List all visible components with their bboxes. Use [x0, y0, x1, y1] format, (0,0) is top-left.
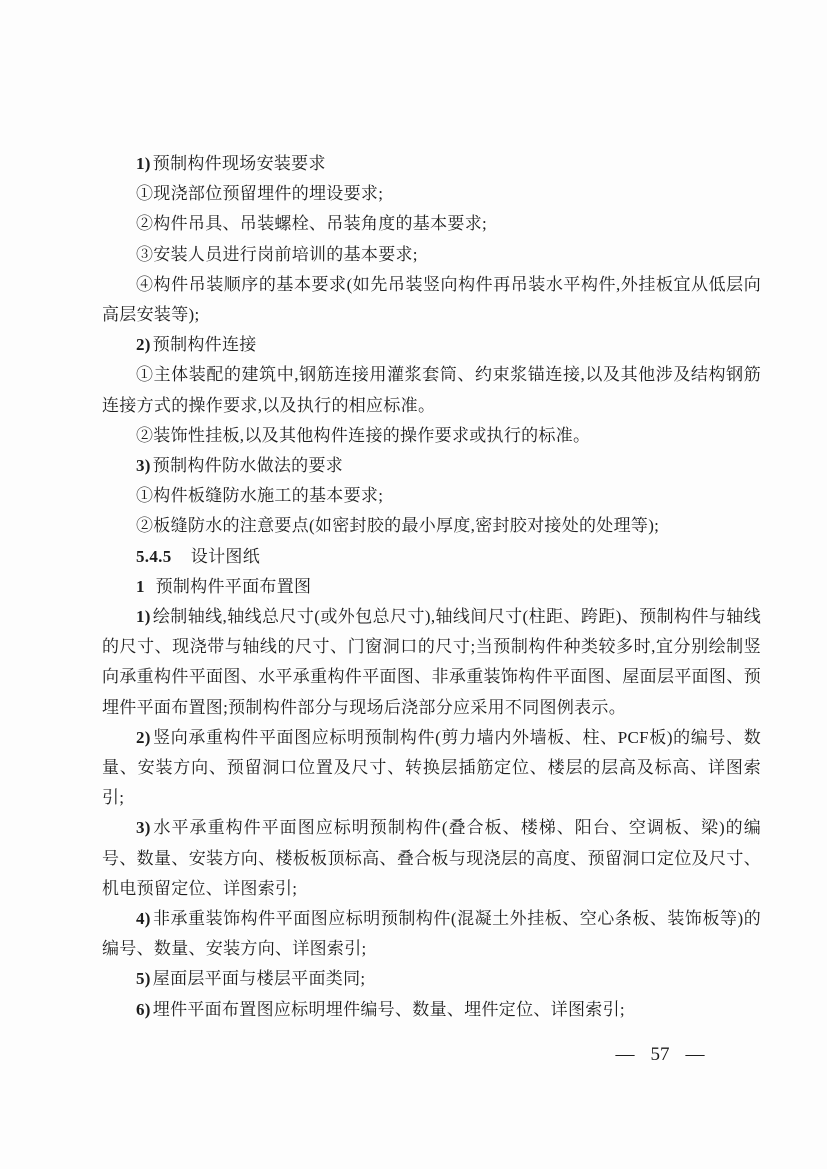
item-text: 预制构件防水做法的要求 — [153, 456, 343, 475]
document-body: 1)预制构件现场安装要求 ①现浇部位预留埋件的埋设要求; ②构件吊具、吊装螺栓、… — [102, 149, 761, 1025]
item-text: 屋面层平面与楼层平面类同; — [153, 969, 366, 988]
list-subitem: ④构件吊装顺序的基本要求(如先吊装竖向构件再吊装水平构件,外挂板宜从低层向高层安… — [102, 270, 761, 330]
list-subitem: ②构件吊具、吊装螺栓、吊装角度的基本要求; — [102, 209, 761, 239]
item-text: 埋件平面布置图应标明埋件编号、数量、埋件定位、详图索引; — [153, 1000, 625, 1019]
document-page: 1)预制构件现场安装要求 ①现浇部位预留埋件的埋设要求; ②构件吊具、吊装螺栓、… — [0, 0, 827, 1169]
item-text: ④构件吊装顺序的基本要求(如先吊装竖向构件再吊装水平构件,外挂板宜从低层向高层安… — [102, 275, 761, 324]
list-subitem: ①主体装配的建筑中,钢筋连接用灌浆套筒、约束浆锚连接,以及其他涉及结构钢筋连接方… — [102, 360, 761, 420]
page-footer: —57— — [560, 1044, 760, 1066]
list-item-1: 1)绘制轴线,轴线总尺寸(或外包总尺寸),轴线间尺寸(柱距、跨距)、预制构件与轴… — [102, 602, 761, 723]
list-item-5: 5)屋面层平面与楼层平面类同; — [102, 964, 761, 994]
item-text: 水平承重构件平面图应标明预制构件(叠合板、楼梯、阳台、空调板、梁)的编号、数量、… — [102, 818, 761, 897]
item-text: 绘制轴线,轴线总尺寸(或外包总尺寸),轴线间尺寸(柱距、跨距)、预制构件与轴线的… — [102, 607, 761, 717]
list-subitem: ①现浇部位预留埋件的埋设要求; — [102, 179, 761, 209]
item-text: 预制构件连接 — [153, 335, 257, 354]
list-item-2: 2)竖向承重构件平面图应标明预制构件(剪力墙内外墙板、柱、PCF板)的编号、数量… — [102, 723, 761, 814]
item-text: ①构件板缝防水施工的基本要求; — [136, 486, 383, 505]
item-label: 3) — [136, 818, 151, 837]
item-text: 预制构件平面布置图 — [147, 577, 312, 596]
section-number: 5.4.5 — [136, 547, 172, 566]
list-subitem: ③安装人员进行岗前培训的基本要求; — [102, 240, 761, 270]
item-text: 竖向承重构件平面图应标明预制构件(剪力墙内外墙板、柱、PCF板)的编号、数量、安… — [102, 728, 761, 807]
section-title: 设计图纸 — [174, 547, 261, 566]
item-label: 1) — [136, 154, 151, 173]
item-label: 1 — [136, 577, 145, 596]
list-item-6: 6)埋件平面布置图应标明埋件编号、数量、埋件定位、详图索引; — [102, 995, 761, 1025]
item-label: 1) — [136, 607, 151, 626]
list-item-3: 3)预制构件防水做法的要求 — [102, 451, 761, 481]
item-text: 非承重装饰构件平面图应标明预制构件(混凝土外挂板、空心条板、装饰板等)的编号、数… — [102, 909, 761, 958]
footer-dash-right: — — [686, 1044, 705, 1065]
list-subitem: ①构件板缝防水施工的基本要求; — [102, 481, 761, 511]
item-label: 5) — [136, 969, 151, 988]
item-text: ①现浇部位预留埋件的埋设要求; — [136, 184, 383, 203]
list-item-1: 1)预制构件现场安装要求 — [102, 149, 761, 179]
footer-dash-left: — — [616, 1044, 635, 1065]
item-text: 预制构件现场安装要求 — [153, 154, 326, 173]
item-label: 2) — [136, 728, 151, 747]
list-item-3: 3)水平承重构件平面图应标明预制构件(叠合板、楼梯、阳台、空调板、梁)的编号、数… — [102, 813, 761, 904]
item-text: ①主体装配的建筑中,钢筋连接用灌浆套筒、约束浆锚连接,以及其他涉及结构钢筋连接方… — [102, 365, 761, 414]
item-label: 4) — [136, 909, 151, 928]
item-text: ②板缝防水的注意要点(如密封胶的最小厚度,密封胶对接处的处理等); — [136, 516, 659, 535]
section-heading: 5.4.5 设计图纸 — [102, 542, 761, 572]
item-text: ②构件吊具、吊装螺栓、吊装角度的基本要求; — [136, 214, 487, 233]
list-subitem: ②装饰性挂板,以及其他构件连接的操作要求或执行的标准。 — [102, 421, 761, 451]
list-item-4: 4)非承重装饰构件平面图应标明预制构件(混凝土外挂板、空心条板、装饰板等)的编号… — [102, 904, 761, 964]
item-label: 6) — [136, 1000, 151, 1019]
item-text: ③安装人员进行岗前培训的基本要求; — [136, 245, 418, 264]
sub-heading: 1 预制构件平面布置图 — [102, 572, 761, 602]
list-subitem: ②板缝防水的注意要点(如密封胶的最小厚度,密封胶对接处的处理等); — [102, 511, 761, 541]
list-item-2: 2)预制构件连接 — [102, 330, 761, 360]
item-label: 2) — [136, 335, 151, 354]
page-number: 57 — [651, 1044, 670, 1065]
item-text: ②装饰性挂板,以及其他构件连接的操作要求或执行的标准。 — [136, 426, 590, 445]
item-label: 3) — [136, 456, 151, 475]
